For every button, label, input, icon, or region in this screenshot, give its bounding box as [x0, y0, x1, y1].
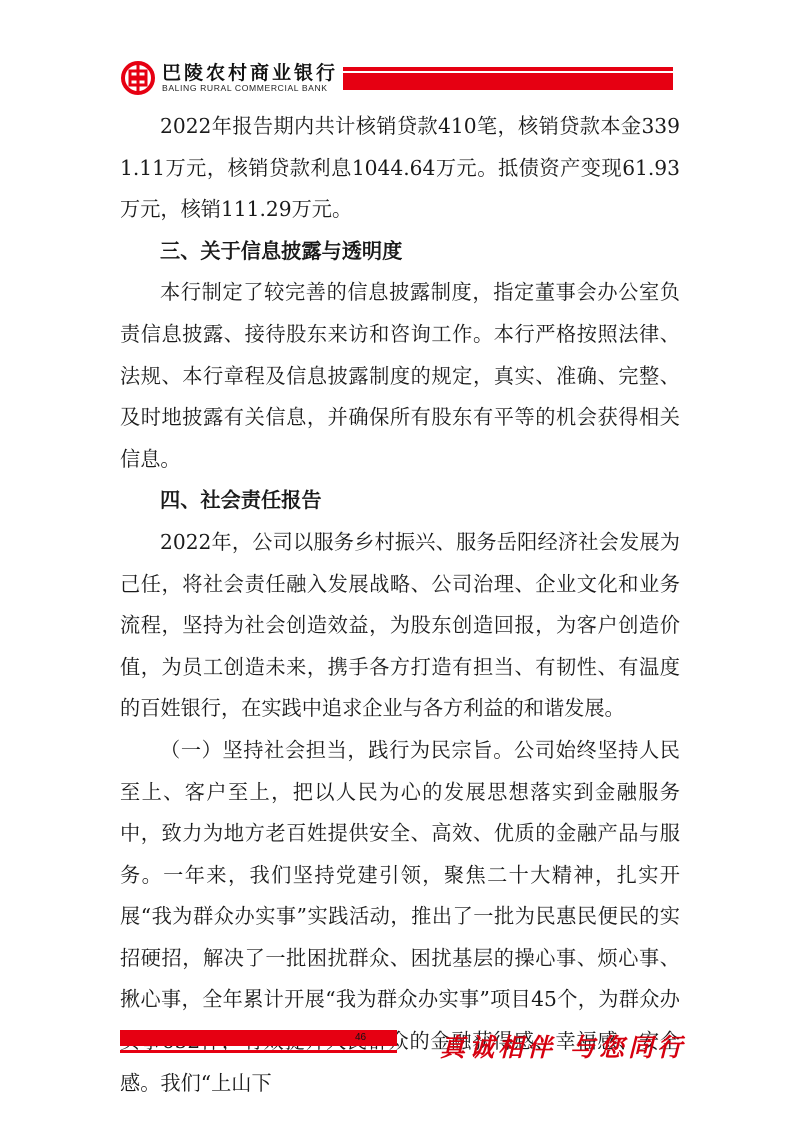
- paragraph-disclosure: 本行制定了较完善的信息披露制度，指定董事会办公室负责信息披露、接待股东来访和咨询…: [120, 272, 680, 480]
- bank-name-english: BALING RURAL COMMERCIAL BANK: [162, 83, 328, 93]
- bank-name-chinese: 巴陵农村商业银行: [162, 58, 338, 85]
- header-divider-thick: [343, 73, 673, 90]
- section-heading-disclosure: 三、关于信息披露与透明度: [120, 231, 680, 273]
- bank-coin-logo-icon: [120, 60, 156, 96]
- paragraph-social-responsibility: 2022年，公司以服务乡村振兴、服务岳阳经济社会发展为己任，将社会责任融入发展战…: [120, 522, 680, 730]
- document-body: 2022年报告期内共计核销贷款410笔，核销贷款本金3391.11万元，核销贷款…: [120, 106, 680, 1104]
- header-divider-thin: [343, 67, 673, 71]
- footer-divider-thin: [120, 1050, 397, 1053]
- slogan-part-1: 真诚相伴: [440, 1033, 556, 1062]
- paragraph-writeoff: 2022年报告期内共计核销贷款410笔，核销贷款本金3391.11万元，核销贷款…: [120, 106, 680, 231]
- page-number: 46: [355, 1030, 366, 1046]
- section-heading-social-responsibility: 四、社会责任报告: [120, 480, 680, 522]
- footer-slogan: 真诚相伴与您同行: [440, 1028, 700, 1064]
- slogan-part-2: 与您同行: [570, 1033, 686, 1062]
